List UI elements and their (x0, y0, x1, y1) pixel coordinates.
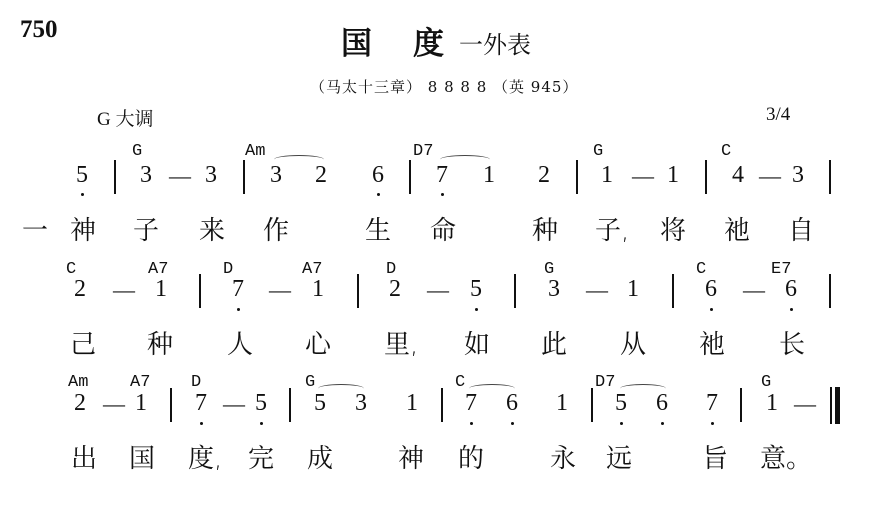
lyric: 祂 (699, 324, 725, 361)
note: 1 (623, 276, 643, 303)
hold-dash: — (269, 277, 291, 303)
bar-line (114, 160, 116, 194)
lyric: 人 (227, 324, 253, 361)
note: 2 (70, 390, 90, 417)
note: 2 (385, 276, 405, 303)
note: 1 (479, 162, 499, 189)
lower-octave-dot (620, 422, 623, 425)
lyric: 作 (263, 210, 289, 247)
note: 3 (266, 162, 286, 189)
lyric: 从 (620, 324, 646, 361)
note: 5 (251, 390, 271, 417)
lyric: 祂 (724, 210, 750, 247)
hold-dash: — (759, 163, 781, 189)
hold-dash: — (113, 277, 135, 303)
lyric: 一 (22, 210, 48, 247)
final-bar-line-thick (835, 387, 840, 424)
lyric: 里, (384, 324, 418, 361)
lyric: 来 (199, 210, 225, 247)
bar-line (591, 388, 593, 422)
lyric: 命 (430, 210, 456, 247)
bar-line (441, 388, 443, 422)
bar-line (289, 388, 291, 422)
note: 5 (466, 276, 486, 303)
note: 3 (788, 162, 808, 189)
key-signature: G 大调 (97, 104, 153, 131)
note: 5 (72, 162, 92, 189)
time-signature: 3/4 (766, 104, 790, 126)
note: 5 (310, 390, 330, 417)
note: 1 (552, 390, 572, 417)
note: 2 (534, 162, 554, 189)
note: 2 (70, 276, 90, 303)
bar-line (672, 274, 674, 308)
lyric: 自 (788, 210, 814, 247)
chord: D7 (413, 142, 433, 161)
hold-dash: — (427, 277, 449, 303)
lyric: 意。 (760, 438, 812, 475)
bar-line (243, 160, 245, 194)
note: 6 (701, 276, 721, 303)
note: 3 (544, 276, 564, 303)
hold-dash: — (743, 277, 765, 303)
note: 4 (728, 162, 748, 189)
chord: Am (245, 142, 265, 161)
bar-line (705, 160, 707, 194)
lyric: 国 (129, 438, 155, 475)
lyric: 远 (606, 438, 632, 475)
lyric: 旨 (702, 438, 728, 475)
note: 7 (228, 276, 248, 303)
bar-line (170, 388, 172, 422)
lower-octave-dot (661, 422, 664, 425)
note: 7 (461, 390, 481, 417)
lower-octave-dot (377, 193, 380, 196)
bar-line (829, 160, 831, 194)
note: 7 (432, 162, 452, 189)
bar-line (829, 274, 831, 308)
lyric: 子, (595, 210, 629, 247)
hold-dash: — (794, 391, 816, 417)
lower-octave-dot (81, 193, 84, 196)
lower-octave-dot (441, 193, 444, 196)
note: 3 (201, 162, 221, 189)
bar-line (740, 388, 742, 422)
lyric: 种 (147, 324, 173, 361)
note: 7 (702, 390, 722, 417)
note: 6 (781, 276, 801, 303)
lyric: 种 (532, 210, 558, 247)
note: 3 (351, 390, 371, 417)
lyric: 心 (305, 324, 331, 361)
lower-octave-dot (790, 308, 793, 311)
chord: G (132, 142, 142, 161)
title-char-1: 国 (341, 18, 372, 63)
lower-octave-dot (200, 422, 203, 425)
note: 7 (191, 390, 211, 417)
lyric: 神 (70, 210, 96, 247)
chord: G (593, 142, 603, 161)
hold-dash: — (586, 277, 608, 303)
note: 1 (597, 162, 617, 189)
lyric: 如 (464, 324, 490, 361)
note: 6 (368, 162, 388, 189)
note: 5 (611, 390, 631, 417)
lyric: 度, (188, 438, 222, 475)
lyric: 子 (133, 210, 159, 247)
lower-octave-dot (237, 308, 240, 311)
note: 1 (402, 390, 422, 417)
hold-dash: — (223, 391, 245, 417)
lyric: 永 (550, 438, 576, 475)
note: 1 (663, 162, 683, 189)
lower-octave-dot (475, 308, 478, 311)
bar-line (409, 160, 411, 194)
note: 6 (652, 390, 672, 417)
hymn-number: 750 (20, 16, 58, 44)
note: 3 (136, 162, 156, 189)
lower-octave-dot (470, 422, 473, 425)
lower-octave-dot (260, 422, 263, 425)
lyric: 生 (365, 210, 391, 247)
meter-reference: （马太十三章） 8 8 8 8 （英 945） (310, 76, 578, 97)
bar-line (576, 160, 578, 194)
subtitle: 一外表 (459, 25, 531, 60)
lyric: 神 (398, 438, 424, 475)
lyric: 的 (458, 438, 484, 475)
note: 2 (311, 162, 331, 189)
note: 6 (502, 390, 522, 417)
lyric: 此 (541, 324, 567, 361)
lower-octave-dot (511, 422, 514, 425)
hold-dash: — (169, 163, 191, 189)
bar-line (514, 274, 516, 308)
lyric: 成 (307, 438, 333, 475)
note: 1 (131, 390, 151, 417)
lyric: 己 (70, 324, 96, 361)
bar-line (357, 274, 359, 308)
chord: C (721, 142, 731, 161)
lower-octave-dot (710, 308, 713, 311)
bar-line (199, 274, 201, 308)
note: 1 (151, 276, 171, 303)
lyric: 将 (660, 210, 686, 247)
lyric: 长 (779, 324, 805, 361)
final-bar-line-thin (830, 387, 832, 424)
note: 1 (762, 390, 782, 417)
note: 1 (308, 276, 328, 303)
lower-octave-dot (711, 422, 714, 425)
lyric: 出 (71, 438, 97, 475)
lyric: 完 (248, 438, 274, 475)
title-char-2: 度 (413, 18, 444, 63)
hold-dash: — (632, 163, 654, 189)
hold-dash: — (103, 391, 125, 417)
